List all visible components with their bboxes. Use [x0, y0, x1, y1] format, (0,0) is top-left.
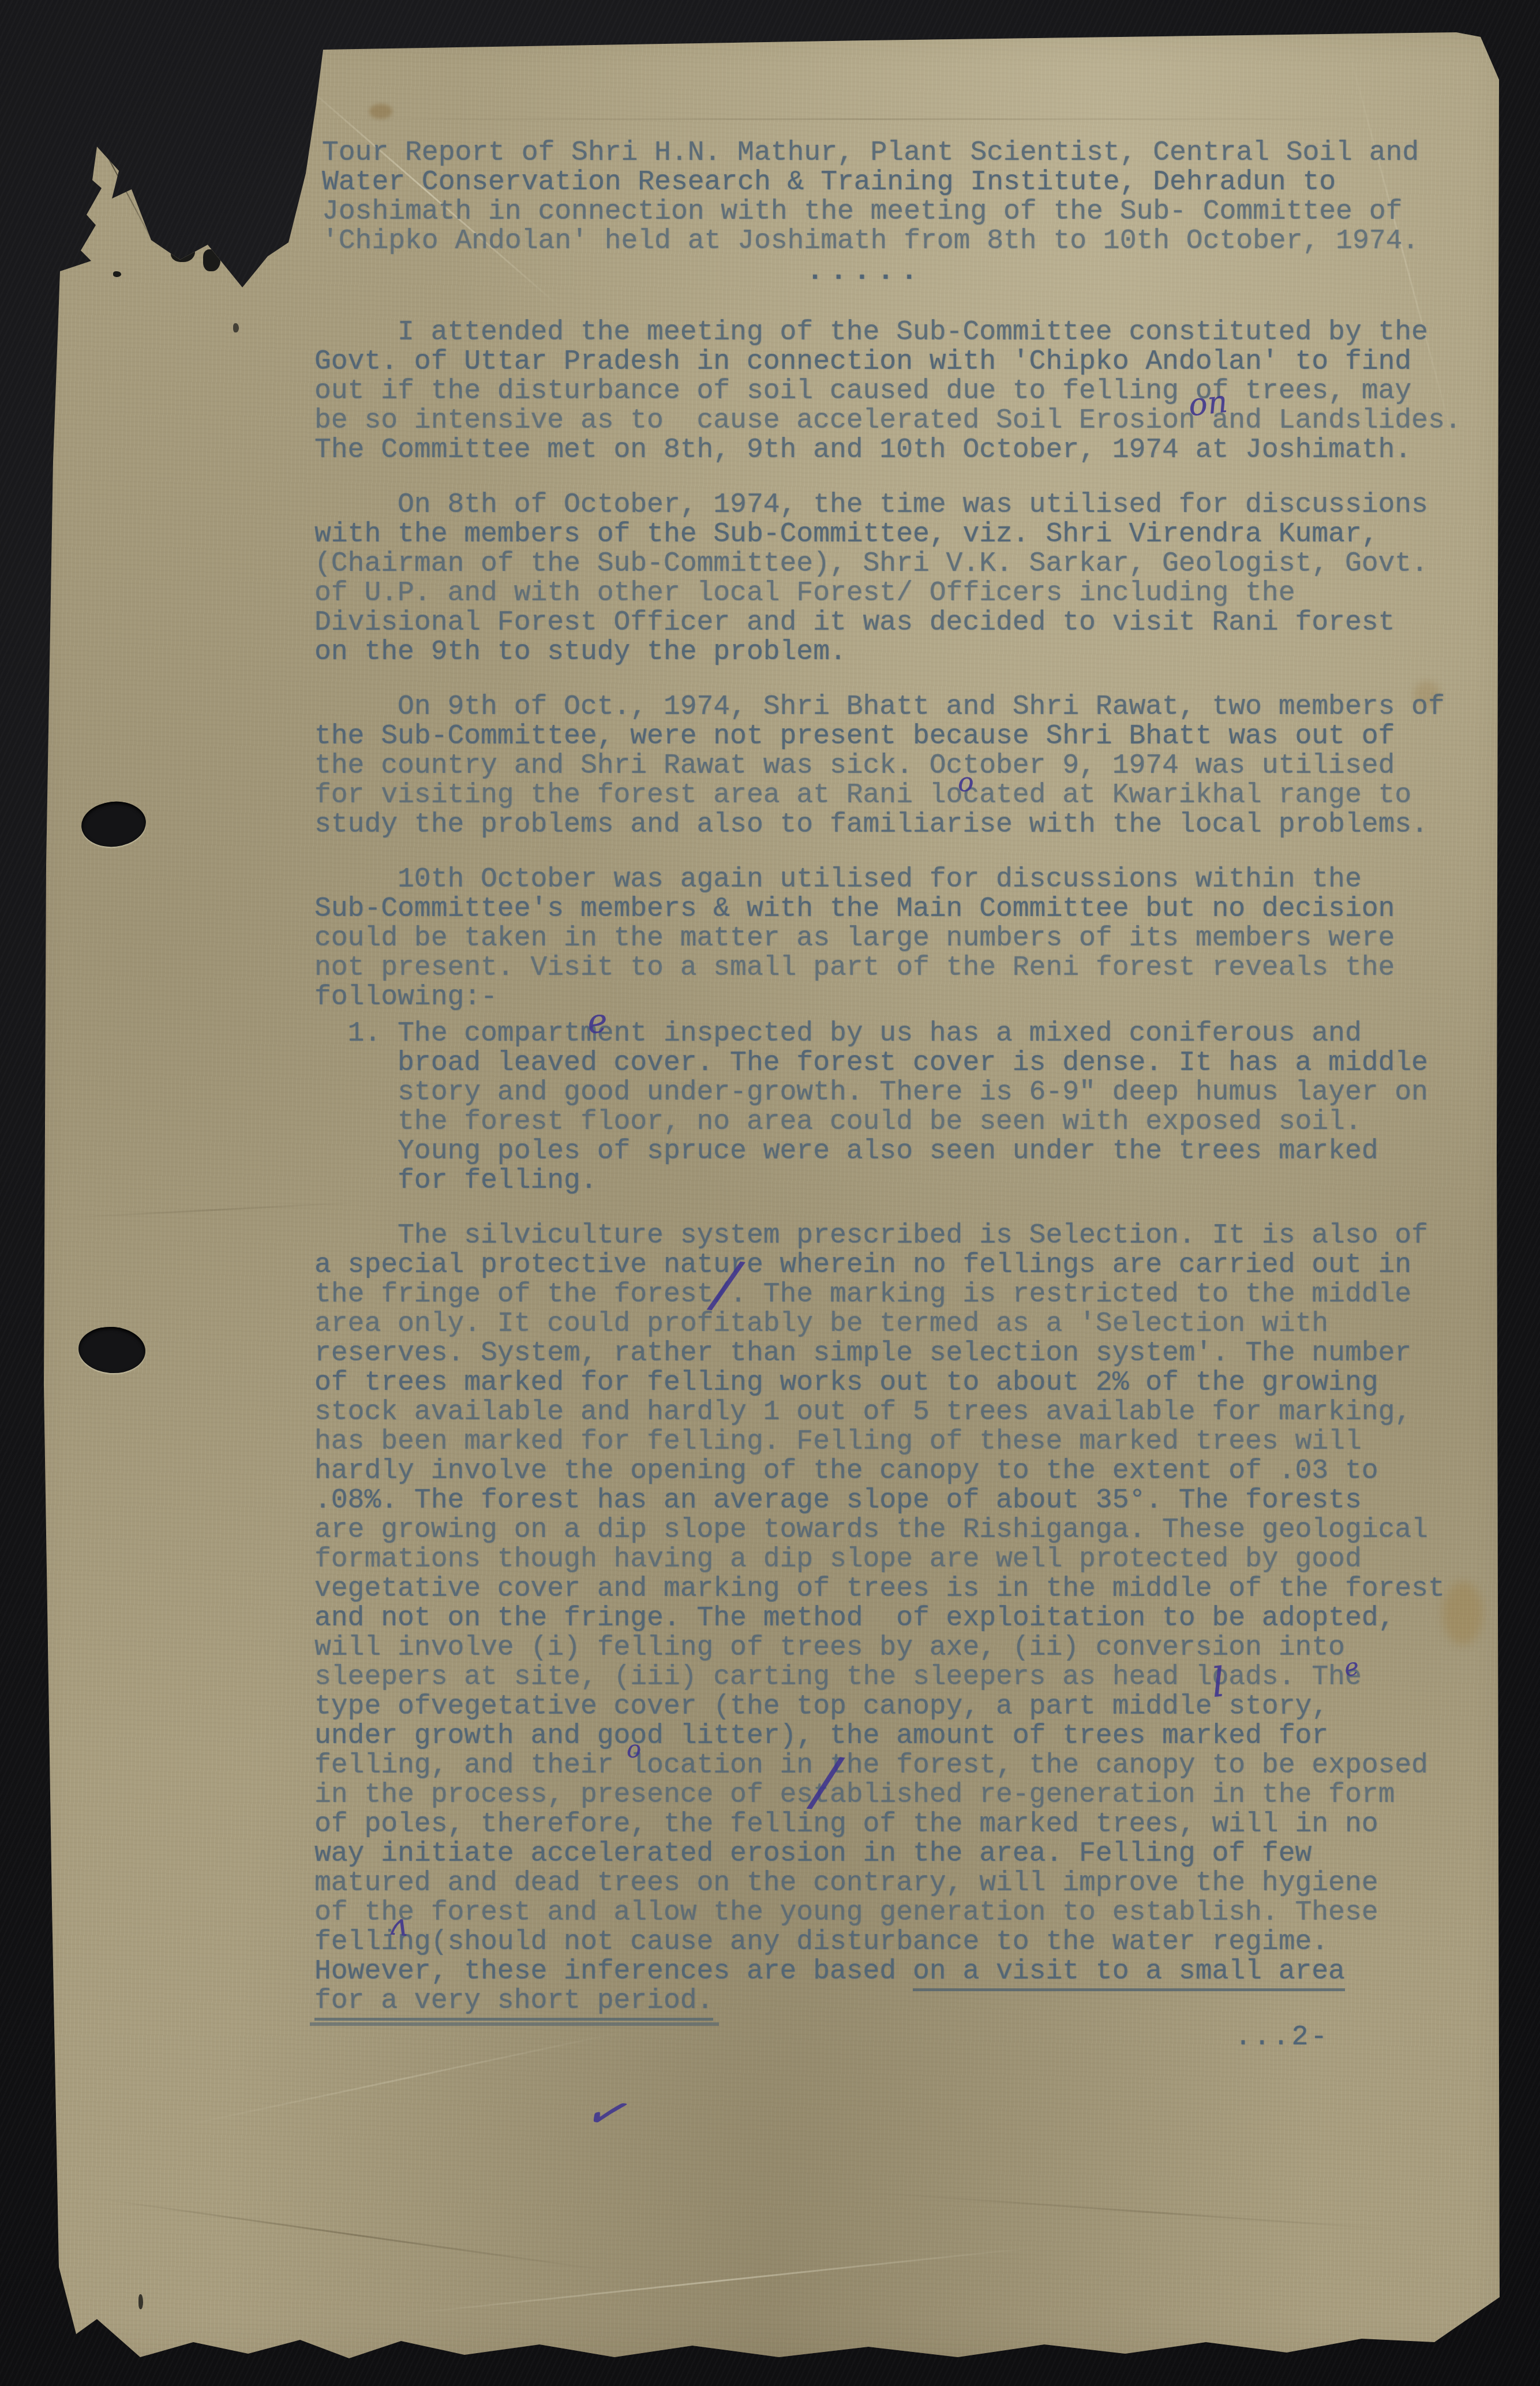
title-line: Tour Report of Shri H.N. Mathur, Plant S…: [322, 139, 1419, 168]
punch-hole-top: [79, 798, 148, 850]
typed-line: of the forest and allow the young genera…: [314, 1898, 1445, 1928]
typed-line: On 9th of Oct., 1974, Shri Bhatt and Shr…: [314, 693, 1445, 722]
para-2: On 8th of October, 1974, the time was ut…: [314, 491, 1445, 667]
crease-bottom-4: [178, 2030, 630, 2127]
para-4: 10th October was again utilised for disc…: [314, 865, 1445, 1012]
paper-speck-1: [113, 271, 121, 277]
typed-line: The silviculture system prescribed is Se…: [314, 1221, 1445, 1251]
typed-line: under growth and good litter), the amoun…: [314, 1722, 1445, 1751]
typed-line: (Chairman of the Sub-Committee), Shri V.…: [314, 549, 1445, 579]
typed-line: 10th October was again utilised for disc…: [314, 865, 1445, 895]
ink-check-mark: ✓: [580, 2085, 630, 2141]
typed-line: Divisional Forest Officer and it was dec…: [314, 608, 1445, 638]
typed-line: following:-: [314, 983, 1445, 1012]
ink-letter-o-location: o: [627, 1737, 641, 1762]
typed-line: will involve (i) felling of trees by axe…: [314, 1633, 1445, 1663]
typed-line: vegetative cover and marking of trees is…: [314, 1575, 1445, 1604]
crease-bottom-2: [406, 2247, 1037, 2315]
typed-line: felling, and their location in the fores…: [314, 1751, 1445, 1781]
title-separator-dots: .....: [807, 257, 924, 287]
scan-background: Tour Report of Shri H.N. Mathur, Plant S…: [0, 0, 1540, 2386]
para-1: I attended the meeting of the Sub-Commit…: [314, 318, 1445, 465]
typed-line: the country and Shri Rawat was sick. Oct…: [314, 751, 1445, 781]
typed-line: broad leaved cover. The forest cover is …: [314, 1049, 1445, 1078]
typed-line: Young poles of spruce were also seen und…: [314, 1137, 1445, 1166]
typed-line: for visiting the forest area at Rani loc…: [314, 781, 1445, 810]
typed-line: for a very short period.: [314, 1987, 1445, 2016]
typed-line: matured and dead trees on the contrary, …: [314, 1869, 1445, 1898]
stain-right-mid: [1442, 1581, 1483, 1645]
typed-line: not present. Visit to a small part of th…: [314, 953, 1445, 983]
typed-line: of poles, therefore, the felling of the …: [314, 1810, 1445, 1839]
typed-line: be so intensive as to cause accelerated …: [314, 406, 1445, 436]
ink-word-on: on: [1187, 386, 1229, 421]
crease-bottom-1: [95, 2197, 609, 2271]
ink-letter-e-compartment: e: [586, 1004, 608, 1038]
paper-sheet: Tour Report of Shri H.N. Mathur, Plant S…: [0, 0, 1540, 2386]
tear-crack-line: [105, 152, 152, 240]
typed-line: study the problems and also to familiari…: [314, 810, 1445, 840]
typed-line: a special protective nature wherein no f…: [314, 1251, 1445, 1280]
typed-line: Govt. of Uttar Pradesh in connection wit…: [314, 347, 1445, 377]
typed-line: has been marked for felling. Felling of …: [314, 1427, 1445, 1457]
typed-line: of U.P. and with other local Forest/ Off…: [314, 579, 1445, 608]
typed-line: hardly involve the opening of the canopy…: [314, 1457, 1445, 1486]
list-item-1: 1. The compartment inspected by us has a…: [314, 1019, 1445, 1196]
typed-line: stock available and hardly 1 out of 5 tr…: [314, 1398, 1445, 1427]
title-line: Water Conservation Research & Training I…: [322, 168, 1419, 197]
typed-line: are growing on a dip slope towards the R…: [314, 1516, 1445, 1545]
page-continuation-marker: ...2-: [1235, 2023, 1329, 2052]
ink-letter-o-located: o: [958, 769, 974, 795]
typed-line: area only. It could profitably be termed…: [314, 1310, 1445, 1339]
typed-line: Sub-Committee's members & with the Main …: [314, 895, 1445, 924]
typed-line: felling(should not cause any disturbance…: [314, 1928, 1445, 1957]
typed-line: On 8th of October, 1974, the time was ut…: [314, 491, 1445, 520]
typed-line: formations though having a dip slope are…: [314, 1545, 1445, 1575]
typed-line: way initiate accelerated erosion in the …: [314, 1839, 1445, 1869]
typed-line: However, these inferences are based on a…: [314, 1957, 1445, 1987]
typed-line: The Committee met on 8th, 9th and 10th O…: [314, 436, 1445, 465]
typed-line: out if the disturbance of soil caused du…: [314, 377, 1445, 406]
title-line: 'Chipko Andolan' held at Joshimath from …: [322, 227, 1419, 256]
crease-bottom-3: [866, 2191, 1413, 2231]
typed-line: 1. The compartment inspected by us has a…: [314, 1019, 1445, 1049]
ink-caret-felling: ʌ: [389, 1909, 409, 1941]
report-title: Tour Report of Shri H.N. Mathur, Plant S…: [322, 139, 1419, 256]
underlined-segment: for a very short period.: [314, 1985, 713, 2021]
typed-line: the fringe of the forest/. The marking i…: [314, 1280, 1445, 1310]
typed-line: with the members of the Sub-Committee, v…: [314, 520, 1445, 549]
report-body: I attended the meeting of the Sub-Commit…: [314, 318, 1445, 2041]
typed-line: the Sub-Committee, were not present beca…: [314, 722, 1445, 751]
crease-top-horizontal: [323, 118, 1419, 120]
typed-segment: However, these inferences are based: [314, 1956, 913, 1987]
typed-line: for felling.: [314, 1166, 1445, 1196]
typed-line: of trees marked for felling works out to…: [314, 1368, 1445, 1398]
typed-line: I attended the meeting of the Sub-Commit…: [314, 318, 1445, 347]
paper-speck-2: [233, 323, 239, 332]
paper-hole-small-1: [171, 241, 195, 262]
stain-top-edge: [369, 104, 392, 119]
typed-line: on the 9th to study the problem.: [314, 638, 1445, 667]
paper-speck-bottom: [138, 2294, 143, 2309]
underlined-segment: on a visit to a small area: [913, 1956, 1345, 1991]
typed-line: sleepers at site, (iii) carting the slee…: [314, 1663, 1445, 1692]
typed-line: and not on the fringe. The method of exp…: [314, 1604, 1445, 1633]
typed-line: story and good under-growth. There is 6-…: [314, 1078, 1445, 1108]
typed-line: could be taken in the matter as large nu…: [314, 924, 1445, 953]
punch-hole-bottom: [77, 1325, 147, 1375]
para-3: On 9th of Oct., 1974, Shri Bhatt and Shr…: [314, 693, 1445, 840]
typed-line: the forest floor, no area could be seen …: [314, 1108, 1445, 1137]
typed-line: in the process, presence of established …: [314, 1781, 1445, 1810]
typed-line: .08%. The forest has an average slope of…: [314, 1486, 1445, 1516]
paper-hole-small-2: [203, 249, 220, 271]
para-5: The silviculture system prescribed is Se…: [314, 1221, 1445, 2016]
typed-line: type ofvegetative cover (the top canopy,…: [314, 1692, 1445, 1722]
title-line: Joshimath in connection with the meeting…: [322, 197, 1419, 227]
typed-line: reserves. System, rather than simple sel…: [314, 1339, 1445, 1368]
